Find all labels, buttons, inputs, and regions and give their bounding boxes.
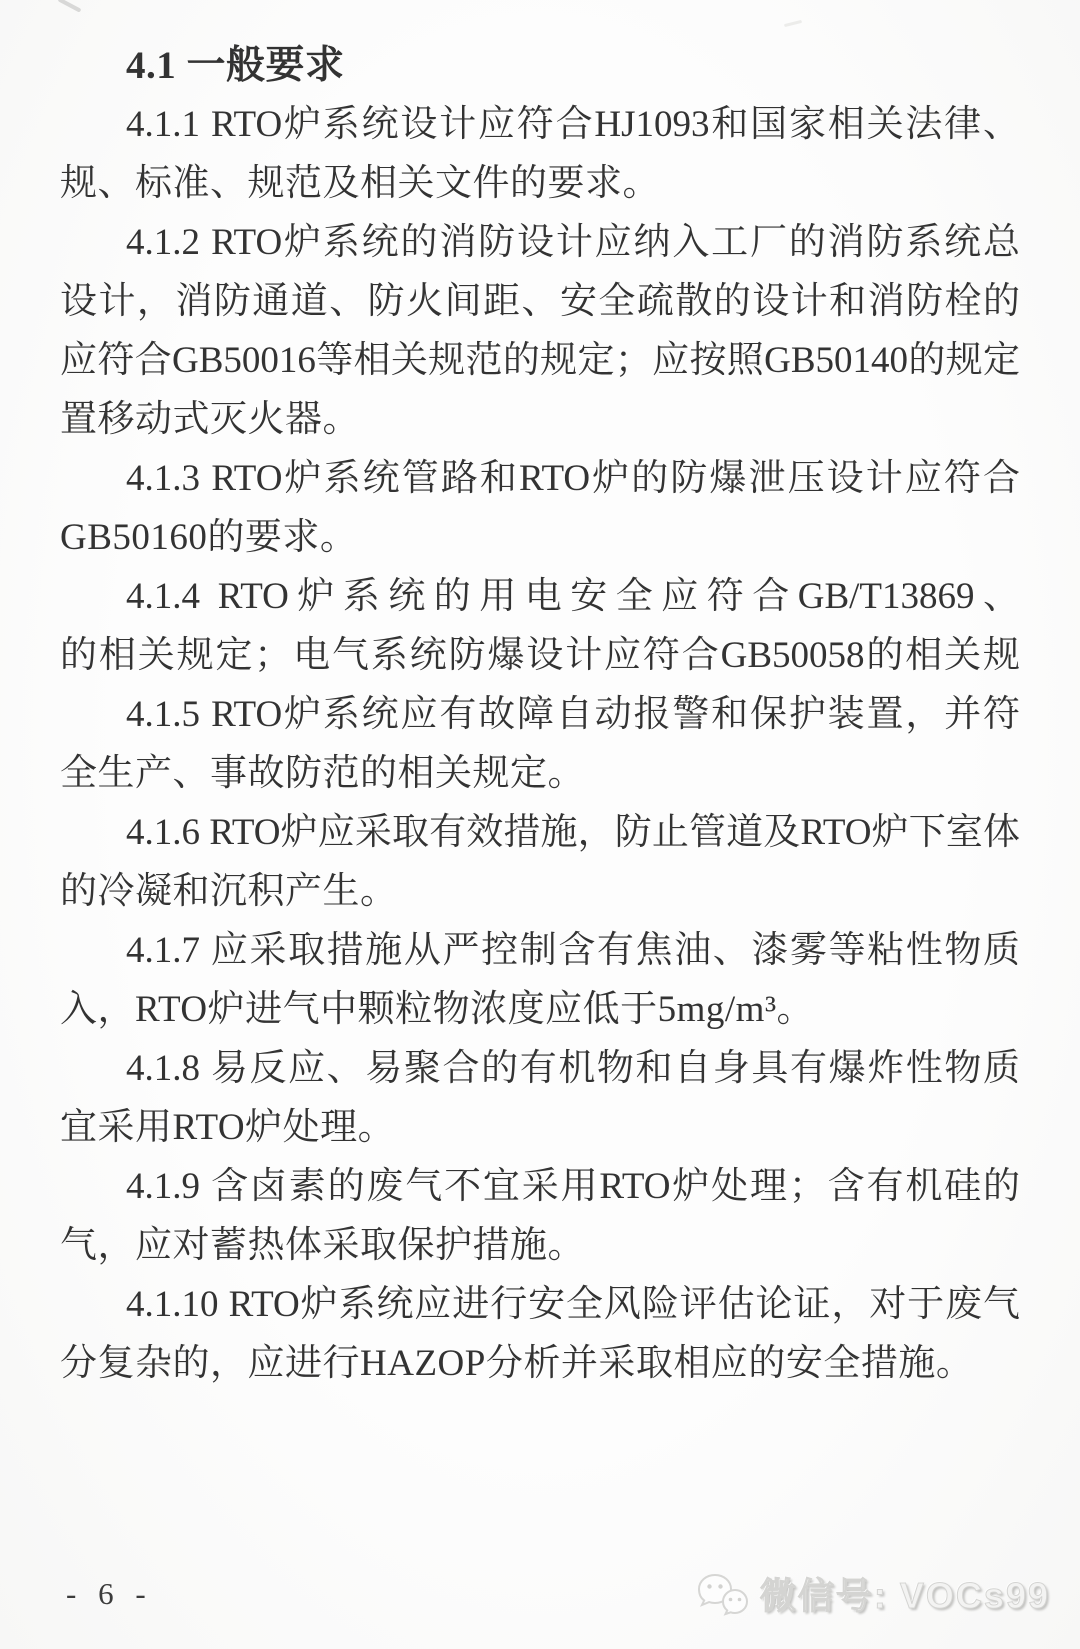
- document-body: 4.1 一般要求4.1.1 RTO炉系统设计应符合HJ1093和国家相关法律、法…: [60, 36, 1020, 1393]
- text-line: GB50160的要求。: [60, 508, 1020, 567]
- text-line: 的冷凝和沉积产生。: [60, 862, 1020, 921]
- text-line: 4.1.7 应采取措施从严控制含有焦油、漆雾等粘性物质进: [60, 921, 1020, 980]
- text-line: 应符合GB50016等相关规范的规定；应按照GB50140的规定配: [60, 331, 1020, 390]
- text-line: 分复杂的，应进行HAZOP分析并采取相应的安全措施。: [60, 1334, 1020, 1393]
- text-line: 气，应对蓄热体采取保护措施。: [60, 1216, 1020, 1275]
- text-line: 4.1.5 RTO炉系统应有故障自动报警和保护装置，并符合安: [60, 685, 1020, 744]
- text-line: 4.1.1 RTO炉系统设计应符合HJ1093和国家相关法律、法: [60, 95, 1020, 154]
- text-line: 4.1.2 RTO炉系统的消防设计应纳入工厂的消防系统总体: [60, 213, 1020, 272]
- page-number: - 6 -: [66, 1576, 153, 1612]
- section-heading: 4.1 一般要求: [60, 36, 1020, 95]
- scan-artifact: [784, 20, 802, 27]
- text-line: 的相关规定；电气系统防爆设计应符合GB50058的相关规定。: [60, 626, 1020, 685]
- text-line: 规、标准、规范及相关文件的要求。: [60, 154, 1020, 213]
- text-line: 4.1.6 RTO炉应采取有效措施，防止管道及RTO炉下室体中: [60, 803, 1020, 862]
- wechat-icon: [695, 1570, 751, 1618]
- scan-artifact: [58, 0, 82, 13]
- text-line: 全生产、事故防范的相关规定。: [60, 744, 1020, 803]
- text-line: 宜采用RTO炉处理。: [60, 1098, 1020, 1157]
- text-line: 4.1.8 易反应、易聚合的有机物和自身具有爆炸性物质不: [60, 1039, 1020, 1098]
- text-line: 置移动式灭火器。: [60, 390, 1020, 449]
- text-line: 4.1.10 RTO炉系统应进行安全风险评估论证，对于废气成: [60, 1275, 1020, 1334]
- text-line: 4.1.9 含卤素的废气不宜采用RTO炉处理；含有机硅的废: [60, 1157, 1020, 1216]
- text-line: 4.1.3 RTO炉系统管路和RTO炉的防爆泄压设计应符合: [60, 449, 1020, 508]
- watermark-text: 微信号: VOCs99: [760, 1568, 1050, 1619]
- text-line: 4.1.4 RTO炉系统的用电安全应符合GB/T13869、AQ3009: [60, 567, 1020, 626]
- text-line: 入，RTO炉进气中颗粒物浓度应低于5mg/m³。: [60, 980, 1020, 1039]
- watermark: 微信号: VOCs99: [695, 1568, 1050, 1619]
- text-line: 设计，消防通道、防火间距、安全疏散的设计和消防栓的布置: [60, 272, 1020, 331]
- document-page: 4.1 一般要求4.1.1 RTO炉系统设计应符合HJ1093和国家相关法律、法…: [0, 0, 1080, 1649]
